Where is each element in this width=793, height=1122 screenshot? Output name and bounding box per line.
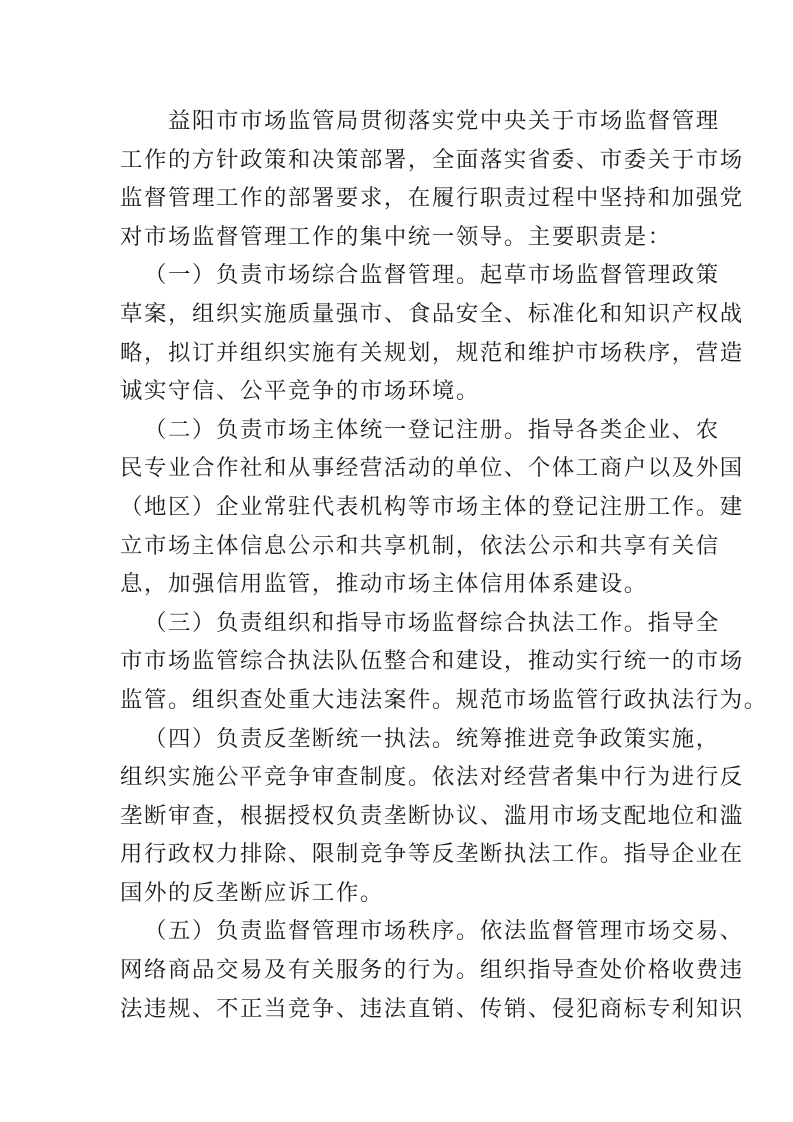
text-line: 监督管理工作的部署要求，在履行职责过程中坚持和加强党 bbox=[120, 179, 676, 218]
text-line: 略，拟订并组织实施有关规划，规范和维护市场秩序，营造 bbox=[120, 334, 676, 373]
text-line: 益阳市市场监管局贯彻落实党中央关于市场监督管理 bbox=[120, 102, 676, 141]
paragraph-duty-5: （五）负责监督管理市场秩序。依法监督管理市场交易、 网络商品交易及有关服务的行为… bbox=[120, 912, 676, 1028]
text-line: 用行政权力排除、限制竞争等反垄断执法工作。指导企业在 bbox=[120, 835, 676, 874]
text-line: 市市场监管综合执法队伍整合和建设，推动实行统一的市场 bbox=[120, 642, 676, 681]
text-line: （地区）企业常驻代表机构等市场主体的登记注册工作。建 bbox=[120, 488, 676, 527]
text-line: 监管。组织查处重大违法案件。规范市场监管行政执法行为。 bbox=[120, 681, 676, 720]
paragraph-intro: 益阳市市场监管局贯彻落实党中央关于市场监督管理 工作的方针政策和决策部署，全面落… bbox=[120, 102, 676, 256]
text-line: 草案，组织实施质量强市、食品安全、标准化和知识产权战 bbox=[120, 295, 676, 334]
document-page: 益阳市市场监管局贯彻落实党中央关于市场监督管理 工作的方针政策和决策部署，全面落… bbox=[0, 0, 793, 1122]
text-line: 息，加强信用监管，推动市场主体信用体系建设。 bbox=[120, 565, 676, 604]
text-line: 网络商品交易及有关服务的行为。组织指导查处价格收费违 bbox=[120, 951, 676, 990]
text-line: 民专业合作社和从事经营活动的单位、个体工商户以及外国 bbox=[120, 449, 676, 488]
text-line: 组织实施公平竞争审查制度。依法对经营者集中行为进行反 bbox=[120, 758, 676, 797]
text-line: 国外的反垄断应诉工作。 bbox=[120, 874, 676, 913]
text-line: 对市场监督管理工作的集中统一领导。主要职责是： bbox=[120, 218, 676, 257]
text-line: （一）负责市场综合监督管理。起草市场监督管理政策 bbox=[120, 256, 676, 295]
paragraph-duty-3: （三）负责组织和指导市场监督综合执法工作。指导全 市市场监管综合执法队伍整合和建… bbox=[120, 604, 676, 720]
text-line: 诚实守信、公平竞争的市场环境。 bbox=[120, 372, 676, 411]
text-line: （二）负责市场主体统一登记注册。指导各类企业、农 bbox=[120, 411, 676, 450]
text-line: 立市场主体信息公示和共享机制，依法公示和共享有关信 bbox=[120, 527, 676, 566]
document-body: 益阳市市场监管局贯彻落实党中央关于市场监督管理 工作的方针政策和决策部署，全面落… bbox=[120, 102, 676, 1028]
paragraph-duty-1: （一）负责市场综合监督管理。起草市场监督管理政策 草案，组织实施质量强市、食品安… bbox=[120, 256, 676, 410]
text-line: （四）负责反垄断统一执法。统筹推进竞争政策实施， bbox=[120, 720, 676, 759]
text-line: 法违规、不正当竞争、违法直销、传销、侵犯商标专利知识 bbox=[120, 990, 676, 1029]
paragraph-duty-4: （四）负责反垄断统一执法。统筹推进竞争政策实施， 组织实施公平竞争审查制度。依法… bbox=[120, 720, 676, 913]
text-line: （五）负责监督管理市场秩序。依法监督管理市场交易、 bbox=[120, 912, 676, 951]
text-line: 工作的方针政策和决策部署，全面落实省委、市委关于市场 bbox=[120, 141, 676, 180]
text-line: 垄断审查，根据授权负责垄断协议、滥用市场支配地位和滥 bbox=[120, 797, 676, 836]
text-line: （三）负责组织和指导市场监督综合执法工作。指导全 bbox=[120, 604, 676, 643]
paragraph-duty-2: （二）负责市场主体统一登记注册。指导各类企业、农 民专业合作社和从事经营活动的单… bbox=[120, 411, 676, 604]
